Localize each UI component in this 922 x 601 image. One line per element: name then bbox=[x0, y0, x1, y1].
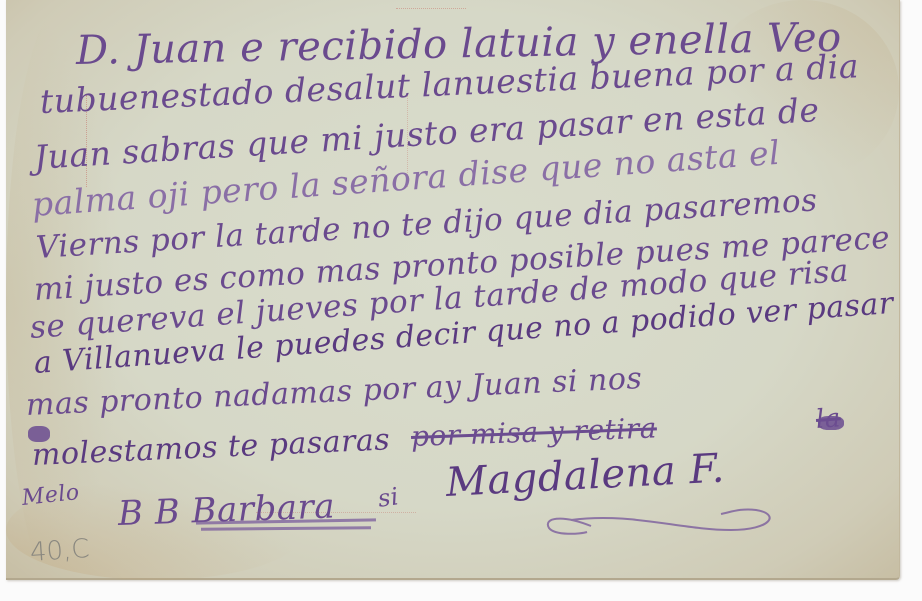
signature-conjunction: si bbox=[376, 482, 401, 513]
line-11-text: Melo bbox=[21, 480, 81, 511]
signature-flourish bbox=[541, 500, 781, 540]
line-10-text: molestamos te pasaras bbox=[31, 422, 391, 473]
barbara-strike-line-2 bbox=[201, 526, 371, 530]
handwritten-line-10: molestamos te pasaras bbox=[31, 422, 391, 473]
ink-blot-right bbox=[818, 416, 844, 430]
signature-conjunction-text: si bbox=[376, 482, 401, 513]
pencil-note-text: 40,C bbox=[29, 534, 90, 568]
signature-name-text: Magdalena F. bbox=[445, 445, 726, 506]
handwritten-line-11: Melo bbox=[21, 480, 81, 511]
struck-text-phrase: por misa y retira bbox=[410, 411, 657, 453]
struck-phrase-text: por misa y retira bbox=[410, 411, 657, 453]
printed-mark-top bbox=[396, 8, 466, 11]
pencil-price-note: 40,C bbox=[29, 534, 90, 568]
signature-name: Magdalena F. bbox=[445, 445, 726, 506]
postcard: D. Juan e recibido latuia y enella Veo t… bbox=[6, 0, 900, 580]
